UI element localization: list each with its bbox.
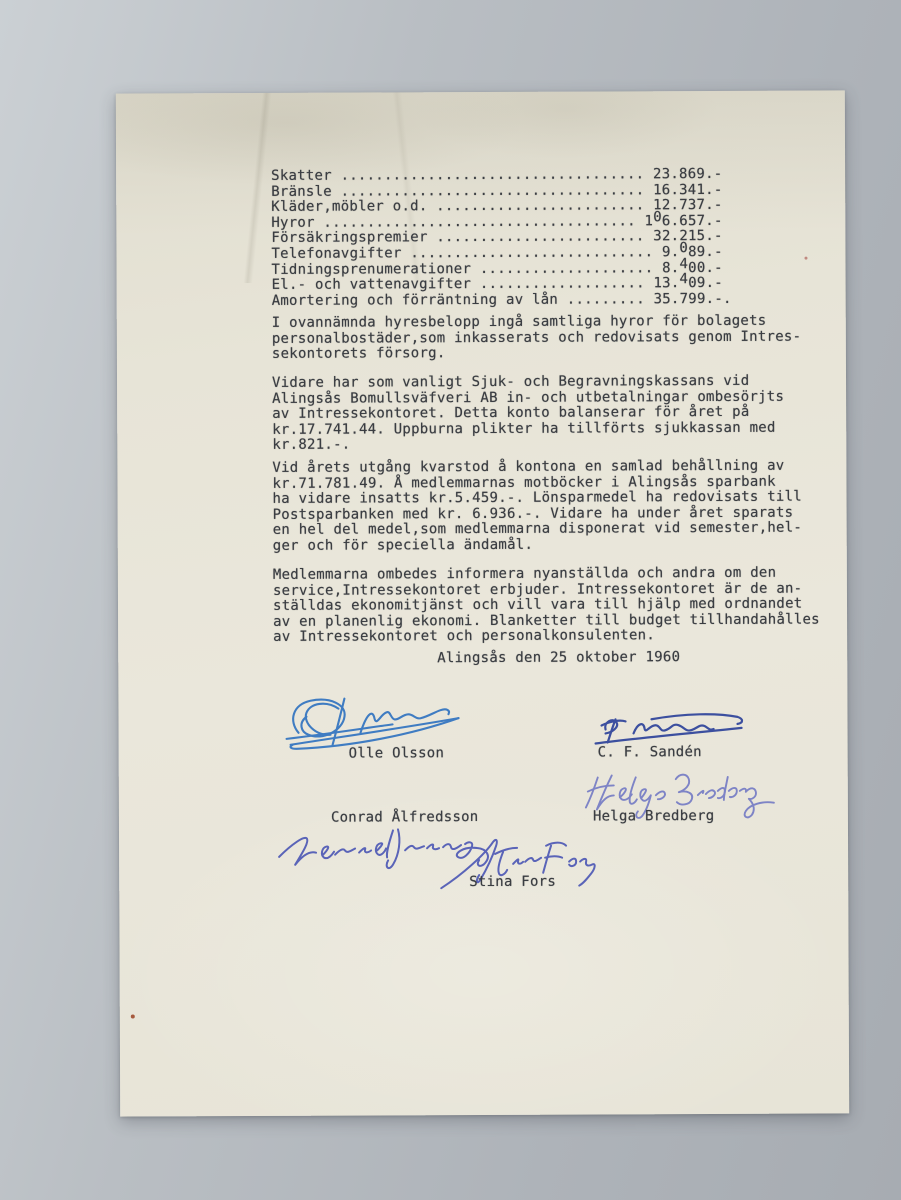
paragraph-hyresbelopp: I ovannämnda hyresbelopp ingå samtliga h… bbox=[272, 314, 802, 363]
typed-name-cf-sanden: C. F. Sandén bbox=[598, 745, 702, 761]
typed-name-helga-bredberg: Helga Bredberg bbox=[593, 809, 715, 825]
paper-speck bbox=[804, 257, 807, 260]
paper-speck bbox=[131, 1015, 135, 1019]
paragraph-medlemmarna: Medlemmarna ombedes informera nyanställd… bbox=[273, 566, 820, 646]
expense-line: Amortering och förräntning av lån ......… bbox=[272, 291, 732, 309]
paragraph-behallning: Vid årets utgång kvarstod å kontona en s… bbox=[272, 459, 802, 555]
dateline: Alingsås den 25 oktober 1960 bbox=[437, 650, 680, 667]
expense-list: Skatter ................................… bbox=[271, 167, 732, 309]
typed-name-olle-olsson: Olle Olsson bbox=[349, 746, 445, 762]
paragraph-sjukkassa: Vidare har som vanligt Sjuk- och Begravn… bbox=[272, 374, 784, 454]
photo-background: Skatter ................................… bbox=[0, 0, 901, 1200]
document-page: Skatter ................................… bbox=[116, 90, 849, 1116]
typed-name-stina-fors: Stina Fors bbox=[469, 875, 556, 891]
typed-name-conrad-alfredsson: Conrad Ålfredsson bbox=[331, 810, 479, 826]
